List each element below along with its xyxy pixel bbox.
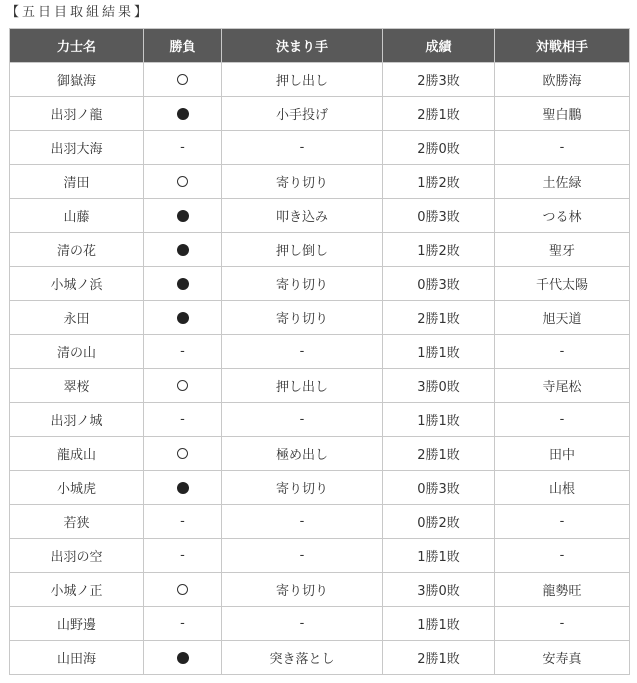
result-cell: - — [144, 335, 222, 369]
table-row: 小城ノ正寄り切り3勝0敗龍勢旺 — [10, 573, 630, 607]
header-record: 成績 — [383, 29, 495, 63]
table-row: 山野邊--1勝1敗- — [10, 607, 630, 641]
opponent: 千代太陽 — [495, 267, 630, 301]
record: 2勝1敗 — [383, 97, 495, 131]
kimarite: - — [222, 335, 383, 369]
table-row: 清田寄り切り1勝2敗土佐緑 — [10, 165, 630, 199]
wrestler-name: 御嶽海 — [10, 63, 144, 97]
table-row: 出羽ノ城--1勝1敗- — [10, 403, 630, 437]
win-circle-icon — [177, 584, 188, 595]
win-circle-icon — [177, 74, 188, 85]
result-cell: - — [144, 607, 222, 641]
kimarite: - — [222, 505, 383, 539]
kimarite: 叩き込み — [222, 199, 383, 233]
result-cell — [144, 63, 222, 97]
table-row: 小城ノ浜寄り切り0勝3敗千代太陽 — [10, 267, 630, 301]
record: 3勝0敗 — [383, 573, 495, 607]
result-cell — [144, 573, 222, 607]
kimarite: - — [222, 607, 383, 641]
loss-filled-circle-icon — [177, 210, 189, 222]
header-result: 勝負 — [144, 29, 222, 63]
result-cell — [144, 267, 222, 301]
wrestler-name: 清の山 — [10, 335, 144, 369]
table-row: 山藤叩き込み0勝3敗つる林 — [10, 199, 630, 233]
wrestler-name: 清の花 — [10, 233, 144, 267]
record: 2勝3敗 — [383, 63, 495, 97]
table-row: 若狭--0勝2敗- — [10, 505, 630, 539]
header-opponent: 対戦相手 — [495, 29, 630, 63]
result-cell — [144, 471, 222, 505]
result-cell — [144, 199, 222, 233]
kimarite: 寄り切り — [222, 573, 383, 607]
kimarite: 寄り切り — [222, 267, 383, 301]
kimarite: 押し出し — [222, 63, 383, 97]
win-circle-icon — [177, 176, 188, 187]
record: 0勝3敗 — [383, 199, 495, 233]
loss-filled-circle-icon — [177, 278, 189, 290]
record: 2勝1敗 — [383, 641, 495, 675]
loss-filled-circle-icon — [177, 108, 189, 120]
opponent: - — [495, 131, 630, 165]
table-row: 小城虎寄り切り0勝3敗山根 — [10, 471, 630, 505]
opponent: 安寿真 — [495, 641, 630, 675]
record: 1勝1敗 — [383, 335, 495, 369]
loss-filled-circle-icon — [177, 312, 189, 324]
wrestler-name: 永田 — [10, 301, 144, 335]
opponent: 旭天道 — [495, 301, 630, 335]
kimarite: 突き落とし — [222, 641, 383, 675]
result-cell — [144, 437, 222, 471]
result-cell: - — [144, 505, 222, 539]
result-cell: - — [144, 403, 222, 437]
result-cell — [144, 97, 222, 131]
kimarite: 寄り切り — [222, 471, 383, 505]
table-row: 清の花押し倒し1勝2敗聖牙 — [10, 233, 630, 267]
wrestler-name: 清田 — [10, 165, 144, 199]
opponent: 寺尾松 — [495, 369, 630, 403]
table-row: 永田寄り切り2勝1敗旭天道 — [10, 301, 630, 335]
record: 2勝1敗 — [383, 301, 495, 335]
opponent: 聖牙 — [495, 233, 630, 267]
loss-filled-circle-icon — [177, 482, 189, 494]
record: 0勝3敗 — [383, 267, 495, 301]
record: 2勝0敗 — [383, 131, 495, 165]
result-cell — [144, 233, 222, 267]
opponent: 土佐緑 — [495, 165, 630, 199]
opponent: つる林 — [495, 199, 630, 233]
table-row: 出羽ノ龍小手投げ2勝1敗聖白鵬 — [10, 97, 630, 131]
opponent: 欧勝海 — [495, 63, 630, 97]
table-row: 御嶽海押し出し2勝3敗欧勝海 — [10, 63, 630, 97]
table-caption: 【五日目取組結果】 — [6, 4, 150, 22]
opponent: 山根 — [495, 471, 630, 505]
opponent: 聖白鵬 — [495, 97, 630, 131]
opponent: - — [495, 403, 630, 437]
win-circle-icon — [177, 380, 188, 391]
wrestler-name: 龍成山 — [10, 437, 144, 471]
kimarite: 押し出し — [222, 369, 383, 403]
record: 1勝1敗 — [383, 607, 495, 641]
opponent: - — [495, 505, 630, 539]
win-circle-icon — [177, 448, 188, 459]
table-row: 出羽大海--2勝0敗- — [10, 131, 630, 165]
wrestler-name: 出羽大海 — [10, 131, 144, 165]
record: 0勝2敗 — [383, 505, 495, 539]
record: 1勝1敗 — [383, 539, 495, 573]
wrestler-name: 山藤 — [10, 199, 144, 233]
record: 1勝2敗 — [383, 233, 495, 267]
wrestler-name: 小城虎 — [10, 471, 144, 505]
wrestler-name: 出羽ノ城 — [10, 403, 144, 437]
table-row: 出羽の空--1勝1敗- — [10, 539, 630, 573]
wrestler-name: 翠桜 — [10, 369, 144, 403]
table-row: 翠桜押し出し3勝0敗寺尾松 — [10, 369, 630, 403]
result-cell — [144, 301, 222, 335]
result-cell — [144, 641, 222, 675]
wrestler-name: 山野邊 — [10, 607, 144, 641]
wrestler-name: 山田海 — [10, 641, 144, 675]
opponent: - — [495, 335, 630, 369]
wrestler-name: 小城ノ正 — [10, 573, 144, 607]
bout-results-table: 力士名 勝負 決まり手 成績 対戦相手 御嶽海押し出し2勝3敗欧勝海出羽ノ龍小手… — [9, 28, 630, 675]
result-cell — [144, 165, 222, 199]
kimarite: 極め出し — [222, 437, 383, 471]
opponent: - — [495, 607, 630, 641]
table-row: 清の山--1勝1敗- — [10, 335, 630, 369]
header-wrestler: 力士名 — [10, 29, 144, 63]
kimarite: 寄り切り — [222, 165, 383, 199]
result-cell — [144, 369, 222, 403]
wrestler-name: 出羽ノ龍 — [10, 97, 144, 131]
kimarite: 押し倒し — [222, 233, 383, 267]
kimarite: - — [222, 403, 383, 437]
result-cell: - — [144, 539, 222, 573]
record: 1勝2敗 — [383, 165, 495, 199]
wrestler-name: 出羽の空 — [10, 539, 144, 573]
header-kimarite: 決まり手 — [222, 29, 383, 63]
wrestler-name: 小城ノ浜 — [10, 267, 144, 301]
record: 2勝1敗 — [383, 437, 495, 471]
table-row: 山田海突き落とし2勝1敗安寿真 — [10, 641, 630, 675]
wrestler-name: 若狭 — [10, 505, 144, 539]
opponent: - — [495, 539, 630, 573]
header-row: 力士名 勝負 決まり手 成績 対戦相手 — [10, 29, 630, 63]
table-row: 龍成山極め出し2勝1敗田中 — [10, 437, 630, 471]
kimarite: 寄り切り — [222, 301, 383, 335]
kimarite: - — [222, 131, 383, 165]
kimarite: - — [222, 539, 383, 573]
loss-filled-circle-icon — [177, 244, 189, 256]
loss-filled-circle-icon — [177, 652, 189, 664]
opponent: 龍勢旺 — [495, 573, 630, 607]
record: 0勝3敗 — [383, 471, 495, 505]
opponent: 田中 — [495, 437, 630, 471]
record: 3勝0敗 — [383, 369, 495, 403]
record: 1勝1敗 — [383, 403, 495, 437]
result-cell: - — [144, 131, 222, 165]
kimarite: 小手投げ — [222, 97, 383, 131]
